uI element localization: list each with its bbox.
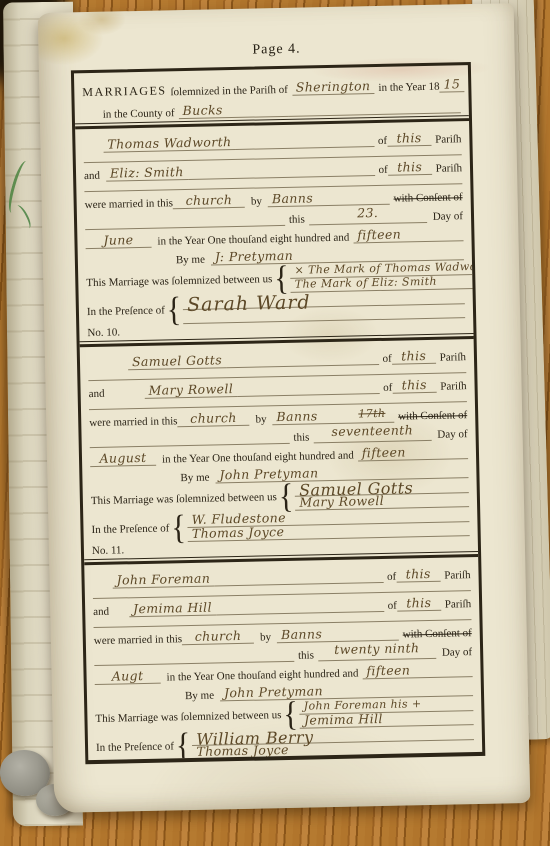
- entry-number: No. 11.: [92, 544, 125, 557]
- married-in-label: were married in this: [85, 197, 174, 211]
- of-label: of: [378, 164, 387, 176]
- bride-parish: this: [397, 596, 441, 611]
- bride-name: Jemima Hill: [129, 601, 216, 617]
- brace-glyph: {: [176, 732, 191, 760]
- of-label: of: [387, 571, 396, 583]
- year-word-field: fifteen: [353, 227, 463, 244]
- and-label: and: [93, 606, 109, 618]
- place-field: church: [173, 193, 245, 209]
- header-title: MARRIAGES: [82, 83, 166, 100]
- year-value: 15: [439, 78, 464, 93]
- groom-name: Thomas Wadworth: [103, 135, 235, 152]
- presence-label: In the Preſence of: [87, 304, 165, 318]
- marriage-entry-12: John Foreman of this Pariſh and Jemima H…: [92, 557, 474, 764]
- bride-parish: this: [392, 378, 436, 393]
- month-field: Augt: [94, 669, 160, 685]
- this-label: this: [298, 649, 314, 661]
- place-field: church: [177, 411, 249, 427]
- brace-glyph: {: [283, 700, 298, 728]
- brace-glyph: {: [171, 514, 186, 542]
- day-of-label: Day of: [433, 210, 463, 223]
- by-label: by: [260, 631, 271, 643]
- parish-word: Pariſh: [440, 380, 467, 393]
- entry-number: No. 10.: [87, 326, 120, 339]
- solemnized-label: This Marriage was ſolemnized between us: [91, 491, 277, 507]
- register-header: MARRIAGES ſolemnized in the Pariſh of Sh…: [82, 67, 461, 121]
- register-frame: MARRIAGES ſolemnized in the Pariſh of Sh…: [71, 62, 485, 764]
- groom-parish: this: [392, 349, 436, 364]
- by-me-label: By me: [176, 254, 205, 267]
- day-field: twenty ninth: [334, 640, 419, 657]
- and-label: and: [89, 388, 105, 400]
- day-struck: 17th: [358, 407, 385, 421]
- month-field: June: [85, 233, 151, 249]
- day-field: seventeenth: [331, 422, 413, 439]
- day-field: 23.: [357, 205, 378, 220]
- parish-word: Pariſh: [435, 133, 462, 146]
- bride-name: Mary Rowell: [144, 382, 237, 398]
- brace-glyph: {: [279, 483, 294, 511]
- married-in-label: were married in this: [94, 633, 183, 647]
- parish-word: Pariſh: [436, 162, 463, 175]
- groom-name: John Foreman: [112, 572, 214, 589]
- by-me-label: By me: [180, 472, 209, 485]
- header-line1: ſolemnized in the Pariſh of: [170, 84, 288, 98]
- place-field: church: [182, 629, 254, 645]
- this-label: this: [293, 431, 309, 443]
- parish-word: Pariſh: [444, 569, 471, 582]
- by-label: by: [255, 413, 266, 425]
- day-of-label: Day of: [442, 646, 472, 659]
- solemnized-label: This Marriage was ſolemnized between us: [95, 709, 281, 725]
- photo-of-register-on-wood-table: { "page_label": "Page 4.", "header": { "…: [0, 0, 550, 846]
- brace-glyph: {: [167, 296, 182, 324]
- year-word-field: fifteen: [362, 663, 472, 680]
- groom-parish: this: [387, 131, 431, 146]
- presence-label: In the Preſence of: [91, 522, 169, 536]
- county-label: in the County of: [103, 107, 175, 121]
- day-of-label: Day of: [437, 428, 467, 441]
- presence-label: In the Preſence of: [96, 740, 174, 754]
- parish-name: Sherington: [292, 80, 375, 96]
- county-name: Bucks: [178, 102, 288, 119]
- groom-name: Samuel Gotts: [128, 354, 226, 371]
- year-word-field: fifteen: [358, 445, 468, 462]
- parish-word: Pariſh: [440, 351, 467, 364]
- month-field: August: [90, 451, 156, 467]
- by-me-label: By me: [185, 690, 214, 703]
- and-label: and: [84, 170, 100, 182]
- register-page: Page 4. MARRIAGES ſolemnized in the Pari…: [38, 3, 531, 813]
- of-label: of: [383, 382, 392, 394]
- solemnized-label: This Marriage was ſolemnized between us: [86, 273, 272, 289]
- this-label: this: [289, 214, 305, 226]
- by-label: by: [251, 195, 262, 207]
- married-in-label: were married in this: [89, 415, 178, 429]
- of-label: of: [382, 353, 391, 365]
- of-label: of: [388, 600, 397, 612]
- groom-parish: this: [396, 567, 440, 582]
- bride-parish: this: [388, 160, 432, 175]
- bride-name: Eliz: Smith: [106, 165, 188, 181]
- marriage-entry-11: Samuel Gotts of this Pariſh and Mary Row…: [88, 339, 470, 557]
- page-number: Page 4.: [38, 37, 514, 63]
- marriage-entry-10: Thomas Wadworth of this Pariſh and Eliz:…: [83, 121, 465, 339]
- entry-number: No. 12.: [96, 762, 129, 764]
- of-label: of: [378, 135, 387, 147]
- brace-glyph: {: [274, 265, 289, 293]
- parish-word: Pariſh: [445, 598, 472, 611]
- year-label: in the Year 18: [378, 81, 439, 94]
